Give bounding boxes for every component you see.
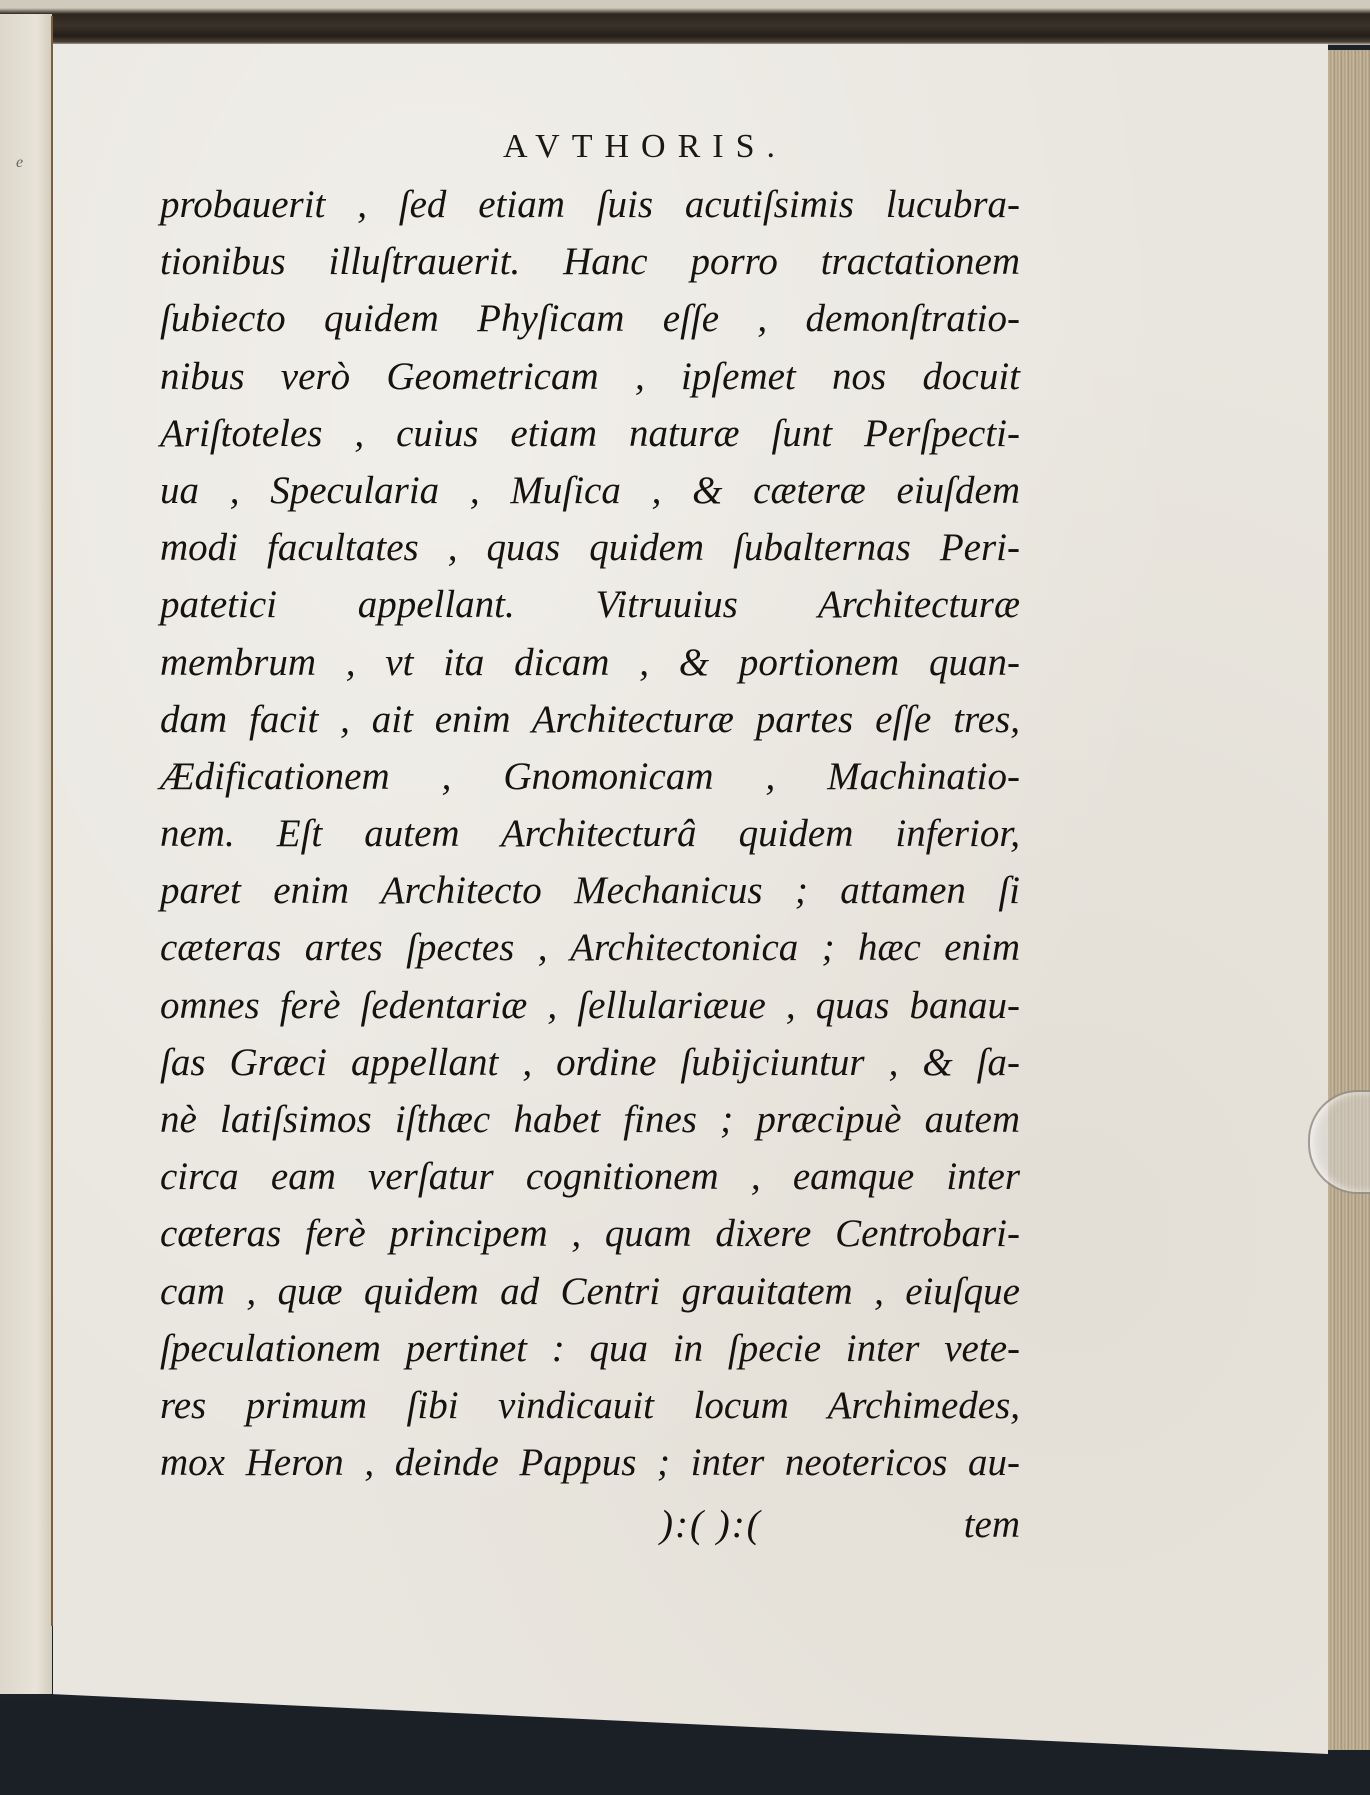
text-line: nibus verò Geometricam , ipſemet nos doc… <box>160 348 1020 405</box>
text-line: ſas Græci appellant , ordine ſubijciuntu… <box>160 1034 1020 1091</box>
text-line: circa eam verſatur cognitionem , eamque … <box>160 1148 1020 1205</box>
text-line: cæteras ferè principem , quam dixere Cen… <box>160 1205 1020 1262</box>
binding-top-edge <box>0 0 1370 45</box>
body-text: probauerit , ſed etiam ſuis acutiſsimis … <box>160 176 1020 1491</box>
text-line: patetici appellant. Vitruuius Architectu… <box>160 576 1020 633</box>
text-line: nem. Eſt autem Architecturâ quidem infer… <box>160 805 1020 862</box>
catchword: tem <box>964 1502 1020 1547</box>
text-line: ua , Specularia , Muſica , & cæteræ eiuſ… <box>160 462 1020 519</box>
text-line: probauerit , ſed etiam ſuis acutiſsimis … <box>160 176 1020 233</box>
text-line: res primum ſibi vindicauit locum Archime… <box>160 1377 1020 1434</box>
text-line: omnes ferè ſedentariæ , ſellulariæue , q… <box>160 977 1020 1034</box>
running-head: AVTHORIS. <box>0 128 1180 166</box>
facing-page-edge: e <box>0 14 52 1694</box>
text-line: mox Heron , deinde Pappus ; inter neoter… <box>160 1434 1020 1491</box>
text-line: modi facultates , quas quidem ſubalterna… <box>160 519 1020 576</box>
text-line: paret enim Architecto Mechanicus ; attam… <box>160 862 1020 919</box>
text-line: tionibus illuſtrauerit. Hanc porro tract… <box>160 233 1020 290</box>
text-line: Ædificationem , Gnomonicam , Machinatio- <box>160 748 1020 805</box>
signature-mark: ):( ):( <box>660 1502 762 1547</box>
page-footer: ):( ):( tem <box>160 1498 1020 1555</box>
text-line: Ariſtoteles , cuius etiam naturæ ſunt Pe… <box>160 405 1020 462</box>
text-line: cam , quæ quidem ad Centri grauitatem , … <box>160 1263 1020 1320</box>
text-line: ſubiecto quidem Phyſicam eſſe , demonſtr… <box>160 290 1020 347</box>
gutter <box>51 16 53 1626</box>
text-line: cæteras artes ſpectes , Architectonica ;… <box>160 919 1020 976</box>
text-line: dam facit , ait enim Architecturæ partes… <box>160 691 1020 748</box>
book-scan: e AVTHORIS. probauerit , ſed etiam ſuis … <box>0 0 1370 1795</box>
text-line: nè latiſsimos iſthæc habet fines ; præci… <box>160 1091 1020 1148</box>
page-stack-edges <box>1322 50 1370 1750</box>
text-line: membrum , vt ita dicam , & portionem qua… <box>160 634 1020 691</box>
text-line: ſpeculationem pertinet : qua in ſpecie i… <box>160 1320 1020 1377</box>
